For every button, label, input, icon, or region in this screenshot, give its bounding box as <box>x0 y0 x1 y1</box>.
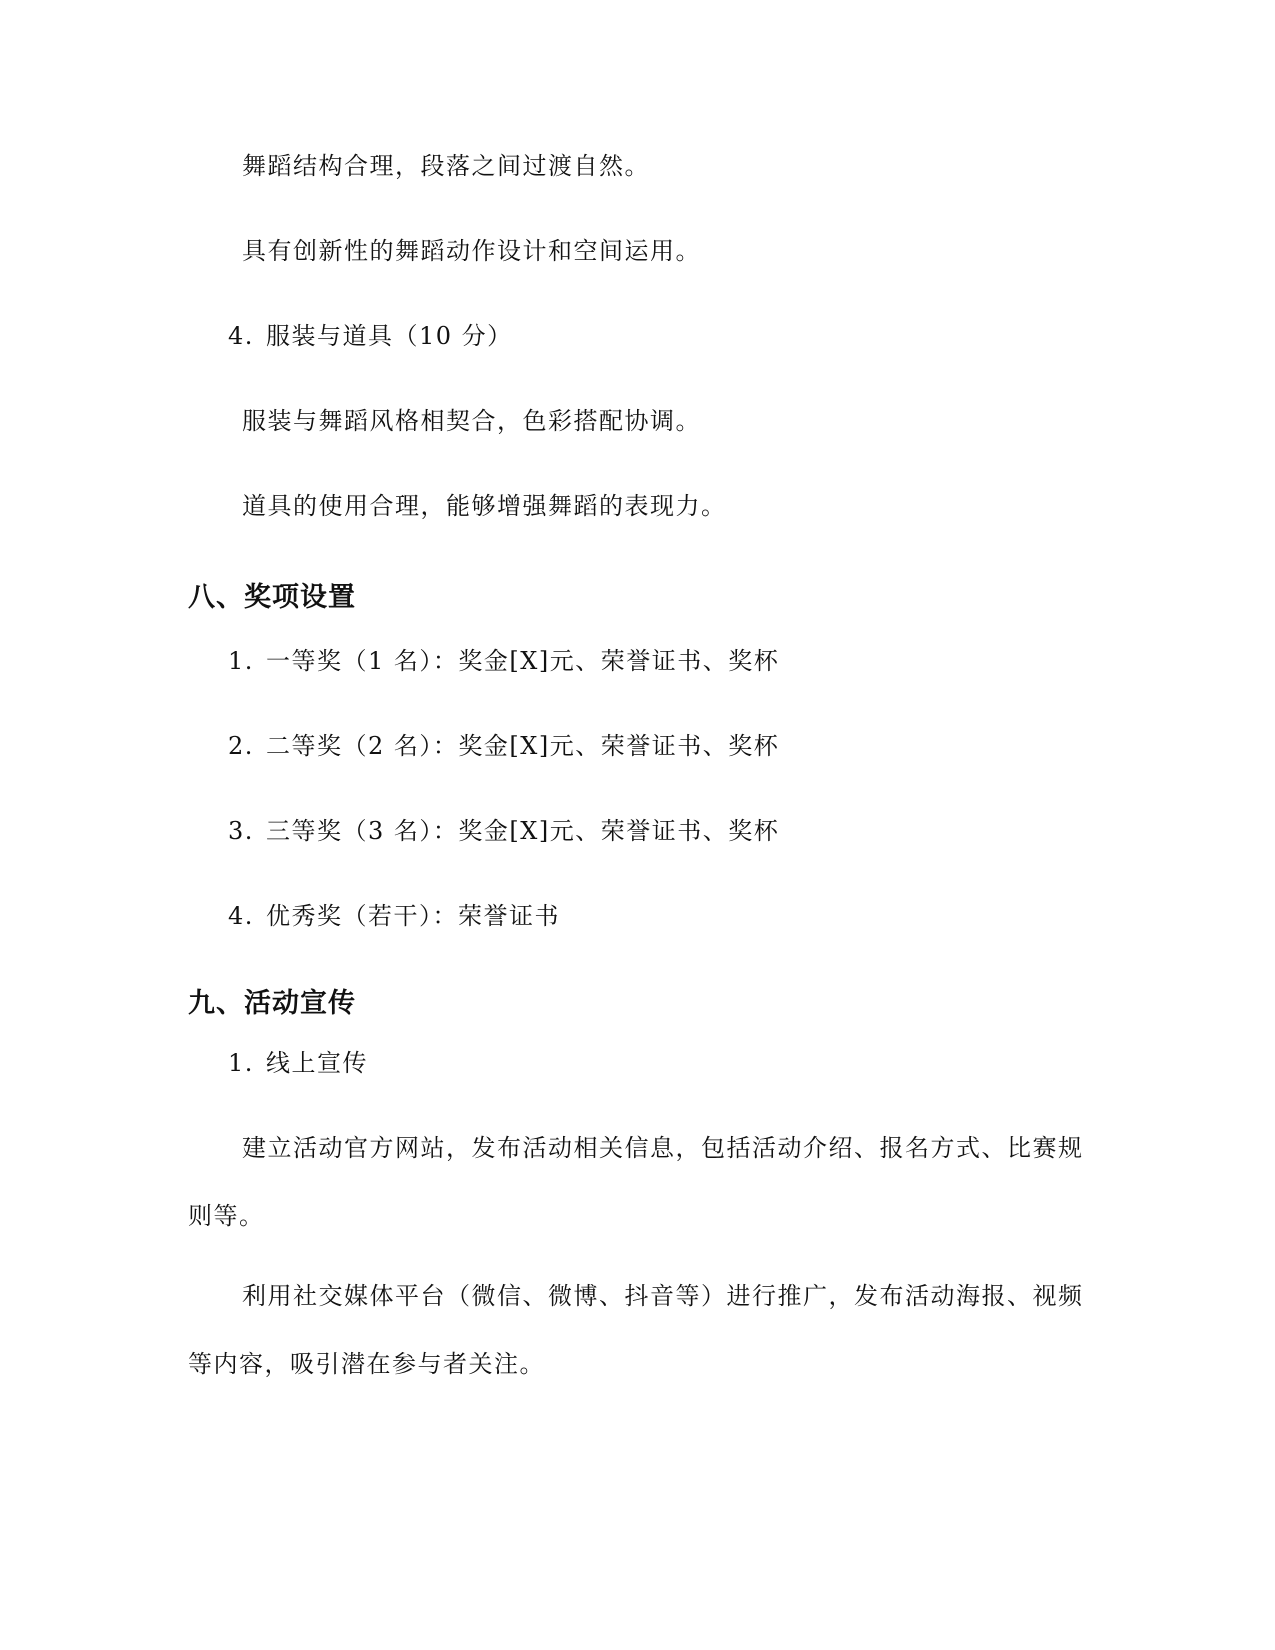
paragraph-choreography-innovation: 具有创新性的舞蹈动作设计和空间运用。 <box>242 236 701 266</box>
promotion-item-online: 1.线上宣传 <box>228 1048 368 1078</box>
paragraph-costume-style: 服装与舞蹈风格相契合，色彩搭配协调。 <box>242 406 701 436</box>
award-item-first-prize: 1.一等奖（1 名）：奖金[X]元、荣誉证书、奖杯 <box>228 646 779 676</box>
award-text: 优秀奖（若干）：荣誉证书 <box>266 902 560 930</box>
section-heading-awards: 八、奖项设置 <box>188 581 356 615</box>
award-text: 一等奖（1 名）：奖金[X]元、荣誉证书、奖杯 <box>266 647 779 675</box>
paragraph-official-website-line2: 则等。 <box>188 1201 265 1231</box>
list-number: 1. <box>228 1048 266 1078</box>
paragraph-props-usage: 道具的使用合理，能够增强舞蹈的表现力。 <box>242 491 727 521</box>
list-number: 3. <box>228 816 266 846</box>
paragraph-social-media-line2: 等内容，吸引潜在参与者关注。 <box>188 1349 545 1379</box>
award-text: 二等奖（2 名）：奖金[X]元、荣誉证书、奖杯 <box>266 732 779 760</box>
paragraph-official-website-line1: 建立活动官方网站，发布活动相关信息，包括活动介绍、报名方式、比赛规 <box>242 1133 1084 1163</box>
document-page: 舞蹈结构合理，段落之间过渡自然。 具有创新性的舞蹈动作设计和空间运用。 4.服装… <box>0 0 1275 1650</box>
section-heading-promotion: 九、活动宣传 <box>188 987 356 1021</box>
list-number: 2. <box>228 731 266 761</box>
award-item-excellence-prize: 4.优秀奖（若干）：荣誉证书 <box>228 901 560 931</box>
list-item-title: 线上宣传 <box>266 1049 368 1077</box>
list-number: 1. <box>228 646 266 676</box>
list-number: 4. <box>228 901 266 931</box>
award-text: 三等奖（3 名）：奖金[X]元、荣誉证书、奖杯 <box>266 817 779 845</box>
list-number: 4. <box>228 321 266 351</box>
paragraph-choreography-structure: 舞蹈结构合理，段落之间过渡自然。 <box>242 151 650 181</box>
criteria-item-costume-props: 4.服装与道具（10 分） <box>228 321 513 351</box>
award-item-third-prize: 3.三等奖（3 名）：奖金[X]元、荣誉证书、奖杯 <box>228 816 779 846</box>
award-item-second-prize: 2.二等奖（2 名）：奖金[X]元、荣誉证书、奖杯 <box>228 731 779 761</box>
list-item-title: 服装与道具（10 分） <box>266 322 513 350</box>
paragraph-social-media-line1: 利用社交媒体平台（微信、微博、抖音等）进行推广，发布活动海报、视频 <box>242 1281 1084 1311</box>
